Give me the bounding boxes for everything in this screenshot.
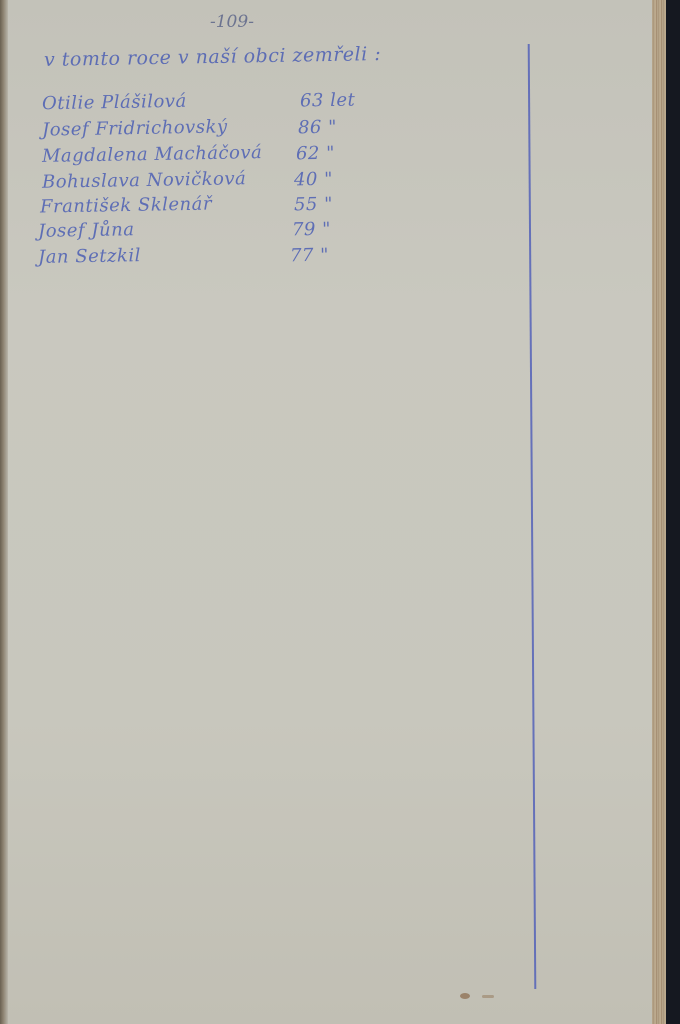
entry-age: 40 " xyxy=(294,169,333,191)
paper-stain xyxy=(460,993,470,999)
entry-age: 62 " xyxy=(296,143,335,165)
page-number: -109- xyxy=(210,12,254,32)
death-record-heading: v tomto roce v naší obci zemřeli : xyxy=(44,43,382,71)
entry-age: 77 " xyxy=(290,245,329,267)
entry-name: Magdalena Macháčová xyxy=(42,142,263,167)
entry-name: Bohuslava Novičková xyxy=(42,168,247,193)
entry-age: 86 " xyxy=(298,117,337,139)
ledger-page: -109- v tomto roce v naší obci zemřeli :… xyxy=(0,0,652,1024)
entry-name: Josef Jůna xyxy=(38,219,135,242)
entry-name: Otilie Plášilová xyxy=(42,91,187,115)
entry-age: 79 " xyxy=(292,219,331,241)
page-edges xyxy=(652,0,666,1024)
entry-name: František Sklenář xyxy=(40,194,212,218)
entry-age: 55 " xyxy=(294,194,333,216)
book-cover xyxy=(666,0,680,1024)
entry-age: 63 let xyxy=(300,90,356,112)
entry-name: Josef Fridrichovský xyxy=(42,116,228,140)
entry-name: Jan Setzkil xyxy=(38,245,141,268)
paper-stain xyxy=(482,995,494,998)
margin-rule-line xyxy=(528,44,537,989)
